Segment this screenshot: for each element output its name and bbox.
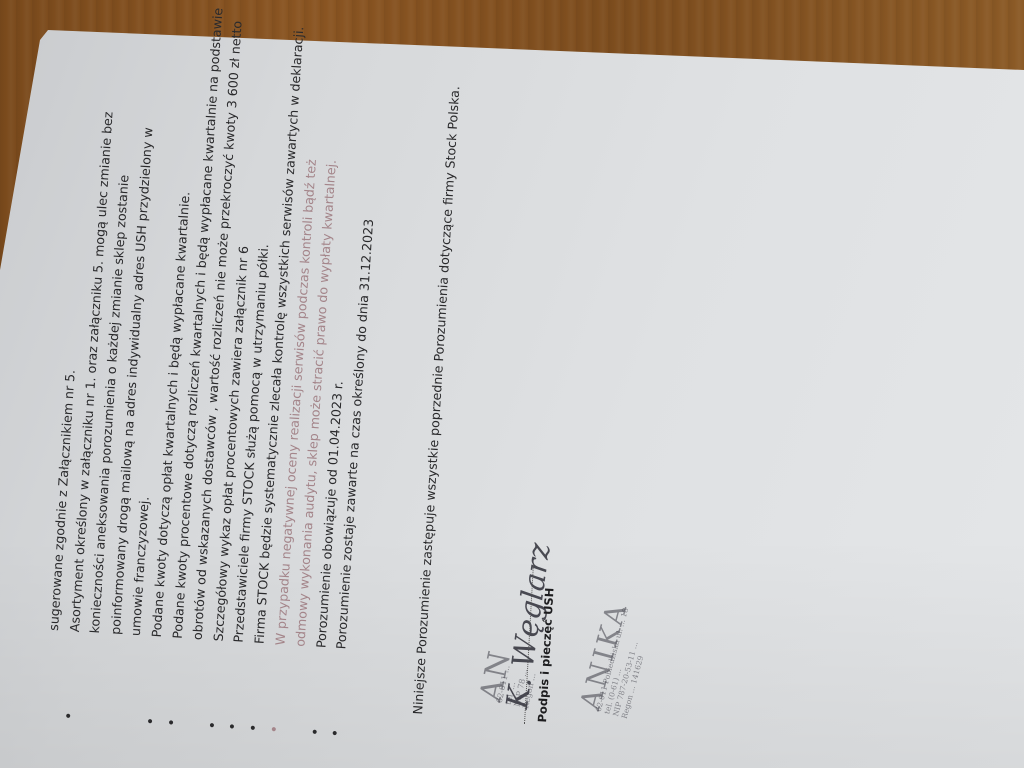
bullet-icon: • — [161, 712, 183, 733]
bullet-icon: • — [141, 711, 163, 732]
bullet-icon: • — [326, 723, 348, 744]
bullet-icon: • — [202, 715, 224, 736]
bullet-icon: • — [223, 716, 245, 737]
bullet-icon: • — [264, 719, 286, 740]
bullet-icon: • — [243, 717, 265, 738]
document-body: sugerowane zgodnie z Załącznikiem nr 5.•… — [42, 0, 393, 680]
bullet-icon: • — [58, 705, 80, 726]
bullet-icon: • — [305, 721, 327, 742]
